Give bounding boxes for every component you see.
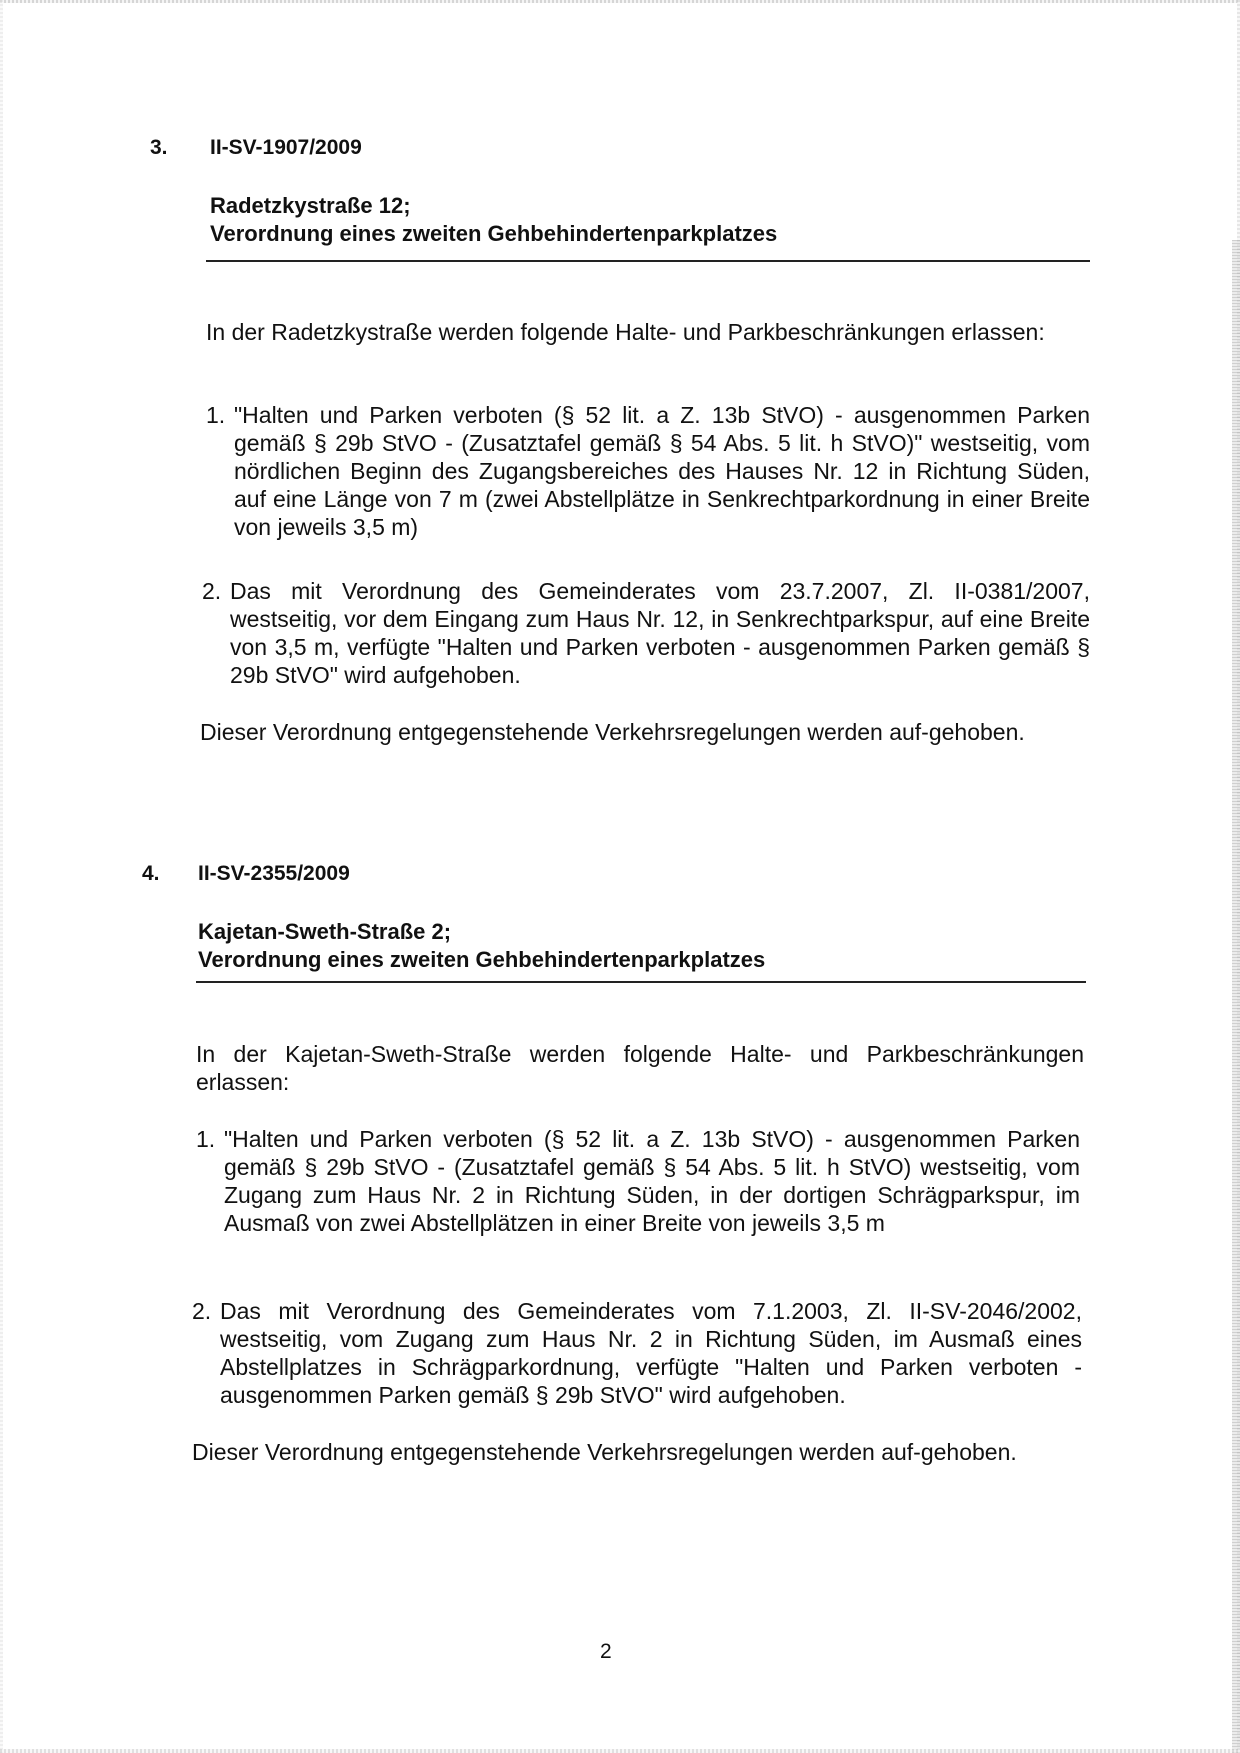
section-title: Kajetan-Sweth-Straße 2; Verordnung eines…: [198, 918, 765, 974]
street-heading: Kajetan-Sweth-Straße 2;: [198, 918, 765, 946]
list-item-number: 2.: [202, 577, 221, 605]
street-heading: Radetzkystraße 12;: [210, 192, 777, 220]
list-item-number: 1.: [206, 401, 225, 429]
section-reference: II-SV-2355/2009: [198, 862, 350, 886]
section-number: 3.: [150, 136, 168, 160]
list-item-text: Das mit Verordnung des Gemeinderates vom…: [220, 1297, 1082, 1409]
intro-paragraph: In der Kajetan-Sweth-Straße werden folge…: [196, 1040, 1084, 1096]
subject-heading: Verordnung eines zweiten Gehbehindertenp…: [210, 220, 777, 248]
section-title: Radetzkystraße 12; Verordnung eines zwei…: [210, 192, 777, 248]
list-item: 2. Das mit Verordnung des Gemeinderates …: [192, 1297, 1084, 1417]
scan-edge-left: [0, 0, 3, 1753]
intro-paragraph: In der Radetzkystraße werden folgende Ha…: [206, 318, 1090, 346]
list-item-number: 1.: [196, 1125, 215, 1153]
list-item-text: "Halten und Parken verboten (§ 52 lit. a…: [224, 1125, 1080, 1237]
title-underline: [206, 260, 1090, 262]
list-item-number: 2.: [192, 1297, 211, 1325]
list-item-text: Das mit Verordnung des Gemeinderates vom…: [230, 577, 1090, 689]
section-reference: II-SV-1907/2009: [210, 136, 362, 160]
scan-edge-top: [0, 0, 1240, 3]
section-number: 4.: [142, 862, 160, 886]
title-underline: [196, 981, 1086, 983]
closing-paragraph: Dieser Verordnung entgegenstehende Verke…: [192, 1438, 1084, 1466]
page-number: 2: [600, 1640, 612, 1664]
closing-paragraph: Dieser Verordnung entgegenstehende Verke…: [200, 718, 1088, 746]
list-item-text: "Halten und Parken verboten (§ 52 lit. a…: [234, 401, 1090, 541]
scan-shadow-right: [1232, 240, 1240, 1753]
list-item: 2. Das mit Verordnung des Gemeinderates …: [202, 577, 1090, 697]
list-item: 1. "Halten und Parken verboten (§ 52 lit…: [206, 401, 1090, 551]
subject-heading: Verordnung eines zweiten Gehbehindertenp…: [198, 946, 765, 974]
scan-edge-bottom: [0, 1749, 1240, 1753]
list-item: 1. "Halten und Parken verboten (§ 52 lit…: [196, 1125, 1084, 1275]
